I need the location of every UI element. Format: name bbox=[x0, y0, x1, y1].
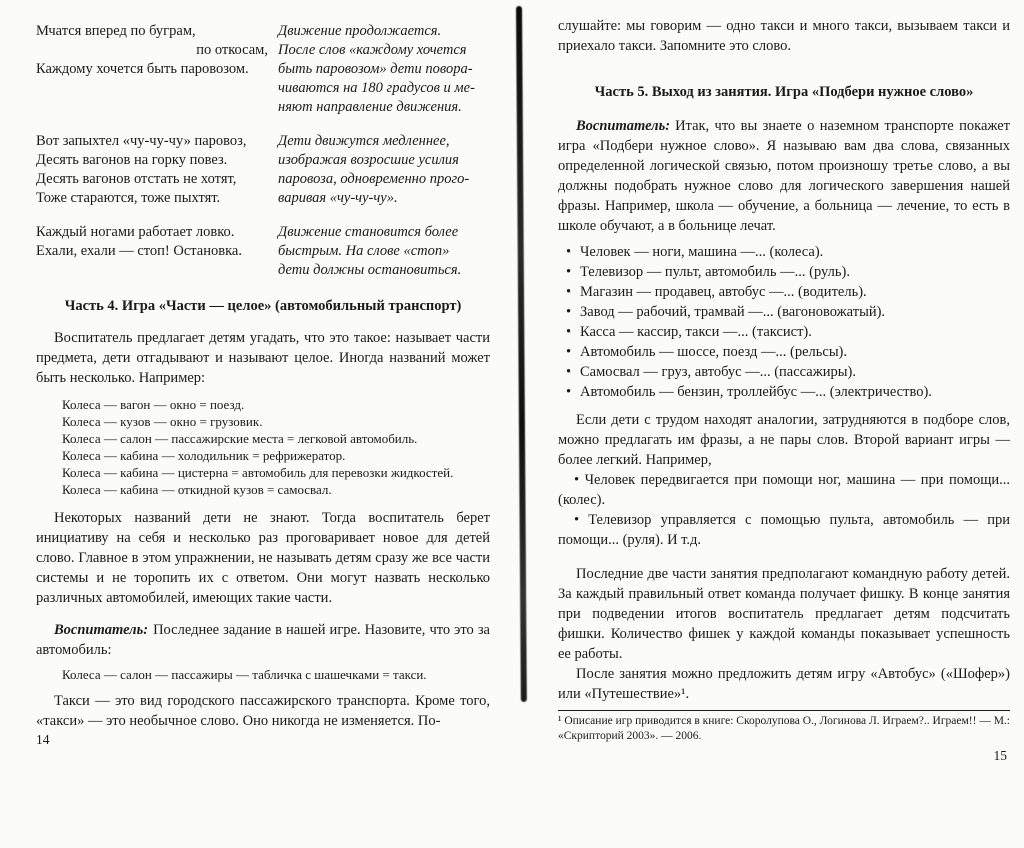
verse-line: Каждый ногами работает ловко. bbox=[36, 223, 268, 242]
bullet-item: Автомобиль — бензин, троллейбус —... (эл… bbox=[558, 382, 1010, 402]
teacher-label: Воспитатель: bbox=[54, 622, 148, 638]
right-page: слушайте: мы говорим — одно такси и мног… bbox=[558, 0, 1010, 743]
teacher-label: Воспитатель: bbox=[576, 118, 670, 134]
stage-direction-line: чиваются на 180 градусов и ме- bbox=[278, 79, 490, 98]
bullet-item: Завод — рабочий, трамвай —... (вагоновож… bbox=[558, 302, 1010, 322]
stage-direction-line: паровоза, одновременно прого- bbox=[278, 170, 490, 189]
page-number-right: 15 bbox=[994, 748, 1008, 764]
examples-list: Колеса — вагон — окно = поезд. Колеса — … bbox=[62, 396, 490, 498]
taxi-formula-line: Колеса — салон — пассажиры — табличка с … bbox=[62, 666, 490, 683]
verse-column: Вот запыхтел «чу-чу-чу» паровоз, Десять … bbox=[36, 132, 278, 208]
paragraph-notes: Некоторых названий дети не знают. Тогда … bbox=[36, 508, 490, 608]
poem-block: Каждый ногами работает ловко. Ехали, еха… bbox=[36, 223, 490, 280]
stage-direction-line: После слов «каждому хочется bbox=[278, 41, 490, 60]
paragraph-taxi: Такси — это вид городского пассажирского… bbox=[36, 691, 490, 731]
verse-column: Мчатся вперед по буграм, по откосам, Каж… bbox=[36, 22, 278, 117]
bullet-item: Самосвал — груз, автобус —... (пассажиры… bbox=[558, 362, 1010, 382]
stage-direction-line: Движение продолжается. bbox=[278, 22, 490, 41]
example-line: Колеса — кабина — холодильник = рефрижер… bbox=[62, 447, 490, 464]
section-heading-part4: Часть 4. Игра «Части — целое» (автомобил… bbox=[36, 296, 490, 316]
left-page: Мчатся вперед по буграм, по откосам, Каж… bbox=[36, 0, 490, 731]
stage-direction-line: изображая возросшие усилия bbox=[278, 151, 490, 170]
word-pairs-list: Человек — ноги, машина —... (колеса). Те… bbox=[558, 242, 1010, 402]
verse-line: Десять вагонов на горку повез. bbox=[36, 151, 268, 170]
bullet-item: Человек — ноги, машина —... (колеса). bbox=[558, 242, 1010, 262]
paragraph-teams: Последние две части занятия предполагают… bbox=[558, 564, 1010, 664]
phrase-bullet-item: Телевизор управляется с помощью пульта, … bbox=[558, 510, 1010, 550]
page-number-left: 14 bbox=[36, 732, 50, 748]
section-heading-part5: Часть 5. Выход из занятия. Игра «Подбери… bbox=[558, 82, 1010, 102]
stage-direction-line: Движение становится более bbox=[278, 223, 490, 242]
bullet-item: Касса — кассир, такси —... (таксист). bbox=[558, 322, 1010, 342]
stage-direction-line: варивая «чу-чу-чу». bbox=[278, 189, 490, 208]
verse-line: Десять вагонов отстать не хотят, bbox=[36, 170, 268, 189]
book-gutter-shadow bbox=[516, 6, 527, 702]
example-line: Колеса — салон — пассажирские места = ле… bbox=[62, 430, 490, 447]
bullet-item: Телевизор — пульт, автомобиль —... (руль… bbox=[558, 262, 1010, 282]
verse-line: Вот запыхтел «чу-чу-чу» паровоз, bbox=[36, 132, 268, 151]
example-line: Колеса — кабина — откидной кузов = самос… bbox=[62, 481, 490, 498]
verse-line: Ехали, ехали — стоп! Остановка. bbox=[36, 242, 268, 261]
poem-section: Мчатся вперед по буграм, по откосам, Каж… bbox=[36, 22, 490, 280]
verse-line: Тоже стараются, тоже пыхтят. bbox=[36, 189, 268, 208]
stage-direction-line: няют направление движения. bbox=[278, 98, 490, 117]
poem-block: Вот запыхтел «чу-чу-чу» паровоз, Десять … bbox=[36, 132, 490, 208]
bullet-item: Автомобиль — шоссе, поезд —... (рельсы). bbox=[558, 342, 1010, 362]
stage-direction-column: Движение становится более быстрым. На сл… bbox=[278, 223, 490, 280]
verse-line: Каждому хочется быть паровозом. bbox=[36, 60, 268, 79]
poem-block: Мчатся вперед по буграм, по откосам, Каж… bbox=[36, 22, 490, 117]
paragraph-after: После занятия можно предложить детям игр… bbox=[558, 664, 1010, 704]
teacher-text: Итак, что вы знаете о наземном транспорт… bbox=[558, 118, 1010, 234]
paragraph-variant: Если дети с трудом находят аналогии, зат… bbox=[558, 410, 1010, 470]
teacher-paragraph: Воспитатель:Итак, что вы знаете о наземн… bbox=[558, 116, 1010, 236]
phrase-bullet-item: Человек передвигается при помощи ног, ма… bbox=[558, 470, 1010, 510]
footnote: ¹ Описание игр приводится в книге: Скоро… bbox=[558, 710, 1010, 743]
paragraph-continuation: слушайте: мы говорим — одно такси и мног… bbox=[558, 16, 1010, 56]
stage-direction-column: Дети движутся медленнее, изображая возро… bbox=[278, 132, 490, 208]
bullet-item: Магазин — продавец, автобус —... (водите… bbox=[558, 282, 1010, 302]
example-line: Колеса — кузов — окно = грузовик. bbox=[62, 413, 490, 430]
verse-line: Мчатся вперед по буграм, bbox=[36, 22, 268, 41]
verse-column: Каждый ногами работает ловко. Ехали, еха… bbox=[36, 223, 278, 280]
stage-direction-line: быстрым. На слове «стоп» bbox=[278, 242, 490, 261]
stage-direction-line: дети должны остановиться. bbox=[278, 261, 490, 280]
example-line: Колеса — вагон — окно = поезд. bbox=[62, 396, 490, 413]
stage-direction-line: быть паровозом» дети повора- bbox=[278, 60, 490, 79]
verse-line: по откосам, bbox=[36, 41, 268, 60]
teacher-paragraph: Воспитатель:Последнее задание в нашей иг… bbox=[36, 620, 490, 660]
example-line: Колеса — кабина — цистерна = автомобиль … bbox=[62, 464, 490, 481]
stage-direction-line: Дети движутся медленнее, bbox=[278, 132, 490, 151]
stage-direction-column: Движение продолжается. После слов «каждо… bbox=[278, 22, 490, 117]
paragraph-intro: Воспитатель предлагает детям угадать, чт… bbox=[36, 328, 490, 388]
